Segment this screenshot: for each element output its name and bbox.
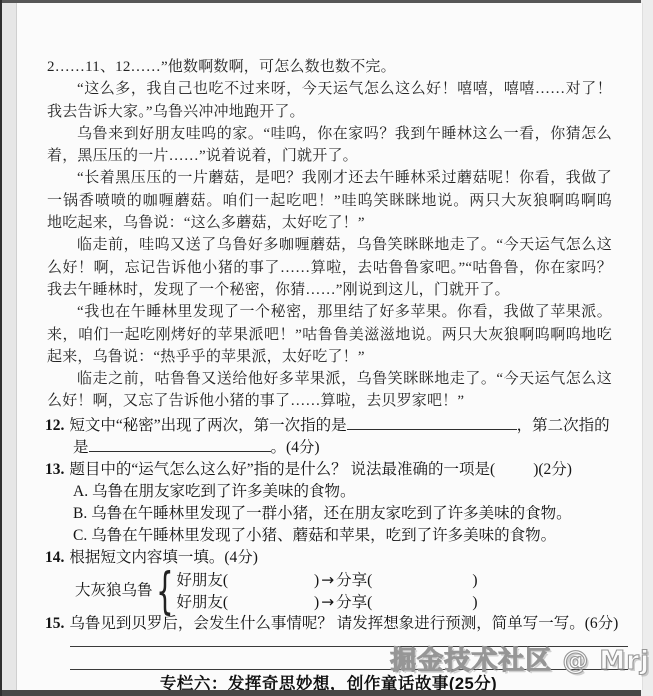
fill-subject: 大灰狼乌鲁 <box>75 580 153 602</box>
fill-row-1: 好朋友()→分享() <box>176 569 477 591</box>
story-line: 乌鲁来到好朋友哇呜的家。“哇呜，你在家吗？我到午睡林这么一看，你猜怎么 <box>47 123 612 145</box>
option-b-label: B. <box>73 505 87 522</box>
question-15-number: 15. <box>45 615 64 632</box>
story-line: 临走之前，咕鲁鲁又送给他好多苹果派，乌鲁笑眯眯地走了。“今天运气怎么这 <box>47 368 612 390</box>
story-line: 着，黑压压的一片……”说着说着，门就开了。 <box>47 145 612 167</box>
question-15-line: 15.乌鲁见到贝罗后，会发生什么事情呢？ 请发挥想象进行预测，简单写一写。(6分… <box>45 613 617 635</box>
question-13-score: )(2分) <box>533 461 572 478</box>
paren-close: ) <box>314 572 319 589</box>
question-14-fill-diagram: 大灰狼乌鲁 { 好朋友()→分享() 好朋友()→分享() <box>75 569 617 613</box>
arrow-right-icon: → <box>321 571 334 589</box>
watermark: 掘金技术社区 @ Mrj <box>390 640 650 677</box>
option-a-label: A. <box>73 483 88 500</box>
option-a: A. 乌鲁在朋友家吃到了许多美味的食物。 <box>45 481 617 503</box>
share-label: 分享( <box>336 594 372 611</box>
option-c-label: C. <box>73 527 87 544</box>
question-12-number: 12. <box>45 417 64 434</box>
option-b: B. 乌鲁在午睡林里发现了一群小猪，还在朋友家吃到了许多美味的食物。 <box>45 503 617 525</box>
answer-blank <box>347 415 517 430</box>
question-12-line2: 是。(4分) <box>45 437 617 459</box>
story-line: 我去告诉大家。”乌鲁兴冲冲地跑开了。 <box>47 101 612 123</box>
story-line: 来，咱们一起吃刚烤好的苹果派吧！”咕鲁鲁美滋滋地说。两只大灰狼啊呜啊呜地吃 <box>47 324 612 346</box>
answer-blank <box>89 437 271 452</box>
scan-gutter-left <box>2 3 16 690</box>
story-line: 地吃起来，乌鲁说：“这么多蘑菇，太好吃了！” <box>47 212 612 234</box>
option-b-text: 乌鲁在午睡林里发现了一群小猪，还在朋友家吃到了许多美味的食物。 <box>91 505 572 522</box>
story-line: 2……11、12……”他数啊数啊，可怎么数也数不完。 <box>47 56 612 78</box>
scan-edge-bottom <box>0 690 641 696</box>
question-12-text: 是 <box>73 439 89 456</box>
story-line: 临走前，哇呜又送了乌鲁好多咖喱蘑菇，乌鲁笑眯眯地走了。“今天运气怎么这 <box>47 234 612 256</box>
story-passage: 2……11、12……”他数啊数啊，可怎么数也数不完。 “这么多，我自己也吃不过来… <box>47 56 612 413</box>
question-13-number: 13. <box>45 461 64 478</box>
question-15-text: 乌鲁见到贝罗后，会发生什么事情呢？ 请发挥想象进行预测，简单写一写。(6分) <box>69 615 618 632</box>
option-c: C. 乌鲁在午睡林里发现了小猪、蘑菇和苹果，吃到了许多美味的食物。 <box>45 525 617 547</box>
option-c-text: 乌鲁在午睡林里发现了小猪、蘑菇和苹果，吃到了许多美味的食物。 <box>91 527 556 544</box>
scan-edge-left <box>0 0 2 696</box>
arrow-right-icon: → <box>321 593 334 611</box>
questions-section: 12.短文中“秘密”出现了两次，第一次指的是，第二次指的 是。(4分) 13.题… <box>45 415 617 635</box>
question-12-text: 短文中“秘密”出现了两次，第一次指的是 <box>69 417 346 434</box>
story-line: 我去午睡林时，发现了一个秘密，你猜……”刚说到这儿，门就开了。 <box>47 279 612 301</box>
fill-row-2: 好朋友()→分享() <box>176 591 477 613</box>
story-line: 起来，乌鲁说：“热乎乎的苹果派，太好吃了！” <box>47 346 612 368</box>
question-14-number: 14. <box>45 549 64 566</box>
paren-close: ) <box>472 572 477 589</box>
option-a-text: 乌鲁在朋友家吃到了许多美味的食物。 <box>92 483 356 500</box>
story-line: 一锅香喷喷的咖喱蘑菇。咱们一起吃吧！”哇呜笑眯眯地说。两只大灰狼啊呜啊呜 <box>47 190 612 212</box>
question-12-score: 。(4分) <box>271 439 320 456</box>
friend-label: 好朋友( <box>176 594 228 611</box>
paren-close: ) <box>314 594 319 611</box>
share-label: 分享( <box>336 572 372 589</box>
question-13-line: 13.题目中的“运气怎么这么好”指的是什么？ 说法最准确的一项是()(2分) <box>45 459 617 481</box>
story-line: “我也在午睡林里发现了一个秘密，那里结了好多苹果。你看，我做了苹果派。 <box>47 301 612 323</box>
question-12-line1: 12.短文中“秘密”出现了两次，第一次指的是，第二次指的 <box>45 415 617 437</box>
exam-paper-scan: 2……11、12……”他数啊数啊，可怎么数也数不完。 “这么多，我自己也吃不过来… <box>0 0 653 696</box>
friend-label: 好朋友( <box>176 572 228 589</box>
story-line: 么好！啊，忘记告诉他小猪的事了……算啦，去咕鲁鲁家吧。”“咕鲁鲁，你在家吗？ <box>47 257 612 279</box>
question-12-text: ，第二次指的 <box>517 417 610 434</box>
story-line: “长着黑压压的一片蘑菇，是吧？我刚才还去午睡林采过蘑菇呢！你看，我做了 <box>47 167 612 189</box>
question-14-line: 14.根据短文内容填一填。(4分) <box>45 547 617 569</box>
story-line: “这么多，我自己也吃不过来呀，今天运气怎么这么好！嘻嘻，嘻嘻……对了！ <box>47 78 612 100</box>
question-13-text: 题目中的“运气怎么这么好”指的是什么？ 说法最准确的一项是( <box>69 461 495 478</box>
story-line: 么好！啊，又忘了告诉他小猪的事了……算啦，去贝罗家吧！” <box>47 390 612 412</box>
fill-rows: 好朋友()→分享() 好朋友()→分享() <box>176 569 477 613</box>
brace-icon: { <box>156 569 173 613</box>
paren-close: ) <box>472 594 477 611</box>
